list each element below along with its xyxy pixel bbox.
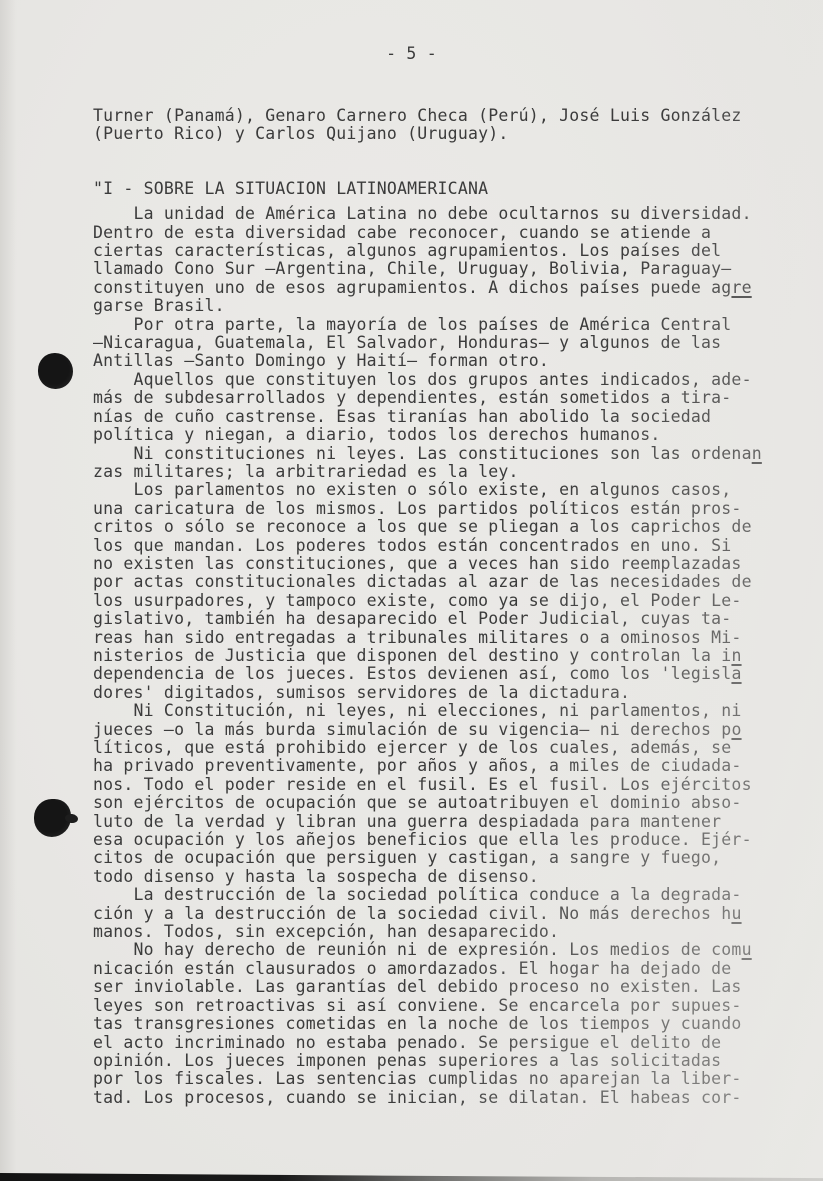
text-line: por los fiscales. Las sentencias cumplid… bbox=[93, 1070, 783, 1088]
scan-edge-shadow bbox=[0, 1168, 823, 1181]
text-line: líticos, que está prohibido ejercer y de… bbox=[93, 739, 783, 757]
page-number: - 5 - bbox=[0, 44, 823, 63]
text-line: nisterios de Justicia que disponen del d… bbox=[93, 647, 783, 665]
text-line: todo disenso y hasta la sospecha de dise… bbox=[93, 868, 783, 886]
text-line: los usurpadores, y tampoco existe, como … bbox=[93, 592, 783, 610]
text-line: el acto incriminado no estaba penado. Se… bbox=[93, 1034, 783, 1052]
text-line: reas han sido entregadas a tribunales mi… bbox=[93, 629, 783, 647]
line-text: manos. Todos, sin excepción, han desapar… bbox=[93, 922, 559, 941]
line-text: critos o sólo se reconoce a los que se p… bbox=[93, 517, 752, 536]
hole-punch-mark-bottom bbox=[34, 799, 71, 837]
line-text: citos de ocupación que persiguen y casti… bbox=[93, 848, 721, 867]
line-text: el acto incriminado no estaba penado. Se… bbox=[93, 1033, 721, 1052]
text-line: manos. Todos, sin excepción, han desapar… bbox=[93, 923, 783, 941]
text-line: nías de cuño castrense. Esas tiranías ha… bbox=[93, 408, 783, 426]
line-text: todo disenso y hasta la sospecha de dise… bbox=[93, 867, 539, 886]
line-text: ción y a la destrucción de la sociedad c… bbox=[93, 904, 731, 923]
intro-paragraph: Turner (Panamá), Genaro Carnero Checa (P… bbox=[93, 107, 783, 144]
text-line: son ejércitos de ocupación que se autoat… bbox=[93, 794, 783, 812]
text-line: llamado Cono Sur —Argentina, Chile, Urug… bbox=[93, 260, 783, 278]
hyphenation-underline: re bbox=[731, 278, 751, 297]
text-line: Turner (Panamá), Genaro Carnero Checa (P… bbox=[93, 107, 783, 125]
line-text: luto de la verdad y libran una guerra de… bbox=[93, 812, 721, 831]
hyphenation-underline: u bbox=[731, 904, 741, 923]
line-text: jueces —o la más burda simulación de su … bbox=[93, 720, 731, 739]
line-text: ser inviolable. Las garantías del debido… bbox=[93, 977, 742, 996]
text-line: opinión. Los jueces imponen penas superi… bbox=[93, 1052, 783, 1070]
line-text: ciertas características, algunos agrupam… bbox=[93, 241, 721, 260]
line-text: por los fiscales. Las sentencias cumplid… bbox=[93, 1069, 742, 1088]
line-text: Por otra parte, la mayoría de los países… bbox=[93, 315, 731, 334]
line-text: —Nicaragua, Guatemala, El Salvador, Hond… bbox=[93, 333, 721, 352]
hyphenation-underline: n bbox=[752, 444, 762, 463]
text-line: tad. Los procesos, cuando se inician, se… bbox=[93, 1089, 783, 1107]
text-line: Los parlamentos no existen o sólo existe… bbox=[93, 481, 783, 499]
text-line: luto de la verdad y libran una guerra de… bbox=[93, 813, 783, 831]
line-text: dependencia de los jueces. Estos deviene… bbox=[93, 664, 731, 683]
line-text: esa ocupación y los añejos beneficios qu… bbox=[93, 830, 752, 849]
line-text: dores' digitados, sumisos servidores de … bbox=[93, 683, 630, 702]
line-text: Turner (Panamá), Genaro Carnero Checa (P… bbox=[93, 106, 742, 125]
text-line: Por otra parte, la mayoría de los países… bbox=[93, 316, 783, 334]
line-text: No hay derecho de reunión ni de expresió… bbox=[93, 940, 742, 959]
line-text: ha privado preventivamente, por años y a… bbox=[93, 756, 742, 775]
text-line: por actas constitucionales dictadas al a… bbox=[93, 573, 783, 591]
text-line: Dentro de esta diversidad cabe reconocer… bbox=[93, 224, 783, 242]
text-line: garse Brasil. bbox=[93, 297, 783, 315]
line-text: no existen las constituciones, que a vec… bbox=[93, 554, 742, 573]
line-text: Ni Constitución, ni leyes, ni elecciones… bbox=[93, 701, 742, 720]
text-line: critos o sólo se reconoce a los que se p… bbox=[93, 518, 783, 536]
document-page: - 5 - Turner (Panamá), Genaro Carnero Ch… bbox=[0, 0, 823, 1181]
hyphenation-underline: u bbox=[742, 940, 752, 959]
hyphenation-underline: n bbox=[731, 646, 741, 665]
text-line: más de subdesarrollados y dependientes, … bbox=[93, 389, 783, 407]
line-text: llamado Cono Sur —Argentina, Chile, Urug… bbox=[93, 259, 731, 278]
text-line: Ni Constitución, ni leyes, ni elecciones… bbox=[93, 702, 783, 720]
text-line: citos de ocupación que persiguen y casti… bbox=[93, 849, 783, 867]
text-line: leyes son retroactivas si así conviene. … bbox=[93, 997, 783, 1015]
line-text: constituyen uno de esos agrupamientos. A… bbox=[93, 278, 731, 297]
line-text: nicación están clausurados o amordazados… bbox=[93, 959, 731, 978]
text-line: Antillas —Santo Domingo y Haití— forman … bbox=[93, 352, 783, 370]
text-line: política y niegan, a diario, todos los d… bbox=[93, 426, 783, 444]
document-content: Turner (Panamá), Genaro Carnero Checa (P… bbox=[93, 107, 783, 1107]
text-line: nos. Todo el poder reside en el fusil. E… bbox=[93, 776, 783, 794]
text-line: jueces —o la más burda simulación de su … bbox=[93, 721, 783, 739]
line-text: los que mandan. Los poderes todos están … bbox=[93, 536, 731, 555]
line-text: nías de cuño castrense. Esas tiranías ha… bbox=[93, 407, 711, 426]
text-line: Ni constituciones ni leyes. Las constitu… bbox=[93, 445, 783, 463]
line-text: (Puerto Rico) y Carlos Quijano (Uruguay)… bbox=[93, 124, 509, 143]
line-text: zas militares; la arbitrariedad es la le… bbox=[93, 462, 519, 481]
line-text: reas han sido entregadas a tribunales mi… bbox=[93, 628, 742, 647]
text-line: dores' digitados, sumisos servidores de … bbox=[93, 684, 783, 702]
text-line: constituyen uno de esos agrupamientos. A… bbox=[93, 279, 783, 297]
line-text: son ejércitos de ocupación que se autoat… bbox=[93, 793, 742, 812]
line-text: nisterios de Justicia que disponen del d… bbox=[93, 646, 731, 665]
text-line: —Nicaragua, Guatemala, El Salvador, Hond… bbox=[93, 334, 783, 352]
body-text: La unidad de América Latina no debe ocul… bbox=[93, 205, 783, 1107]
text-line: ción y a la destrucción de la sociedad c… bbox=[93, 905, 783, 923]
text-line: una caricatura de los mismos. Los partid… bbox=[93, 500, 783, 518]
text-line: La destrucción de la sociedad política c… bbox=[93, 886, 783, 904]
line-text: tad. Los procesos, cuando se inician, se… bbox=[93, 1088, 742, 1107]
text-line: (Puerto Rico) y Carlos Quijano (Uruguay)… bbox=[93, 125, 783, 143]
line-text: Aquellos que constituyen los dos grupos … bbox=[93, 370, 752, 389]
line-text: leyes son retroactivas si así conviene. … bbox=[93, 996, 742, 1015]
text-line: dependencia de los jueces. Estos deviene… bbox=[93, 665, 783, 683]
hyphenation-underline: a bbox=[731, 664, 741, 683]
line-text: Antillas —Santo Domingo y Haití— forman … bbox=[93, 351, 549, 370]
line-text: garse Brasil. bbox=[93, 296, 225, 315]
text-line: ciertas características, algunos agrupam… bbox=[93, 242, 783, 260]
line-text: por actas constitucionales dictadas al a… bbox=[93, 572, 752, 591]
line-text: gislativo, también ha desaparecido el Po… bbox=[93, 609, 731, 628]
hole-punch-mark-top bbox=[38, 353, 73, 389]
text-line: Aquellos que constituyen los dos grupos … bbox=[93, 371, 783, 389]
section-heading: "I - SOBRE LA SITUACION LATINOAMERICANA bbox=[93, 180, 783, 198]
line-text: Ni constituciones ni leyes. Las constitu… bbox=[93, 444, 752, 463]
line-text: opinión. Los jueces imponen penas superi… bbox=[93, 1051, 721, 1070]
text-line: zas militares; la arbitrariedad es la le… bbox=[93, 463, 783, 481]
line-text: líticos, que está prohibido ejercer y de… bbox=[93, 738, 731, 757]
line-text: nos. Todo el poder reside en el fusil. E… bbox=[93, 775, 752, 794]
line-text: una caricatura de los mismos. Los partid… bbox=[93, 499, 742, 518]
line-text: La unidad de América Latina no debe ocul… bbox=[93, 204, 752, 223]
text-line: ser inviolable. Las garantías del debido… bbox=[93, 978, 783, 996]
text-line: ha privado preventivamente, por años y a… bbox=[93, 757, 783, 775]
text-line: No hay derecho de reunión ni de expresió… bbox=[93, 941, 783, 959]
line-text: Los parlamentos no existen o sólo existe… bbox=[93, 480, 731, 499]
line-text: tas transgresiones cometidas en la noche… bbox=[93, 1014, 742, 1033]
line-text: política y niegan, a diario, todos los d… bbox=[93, 425, 661, 444]
hyphenation-underline: o bbox=[731, 720, 741, 739]
text-line: gislativo, también ha desaparecido el Po… bbox=[93, 610, 783, 628]
line-text: La destrucción de la sociedad política c… bbox=[93, 885, 742, 904]
line-text: más de subdesarrollados y dependientes, … bbox=[93, 388, 731, 407]
text-line: nicación están clausurados o amordazados… bbox=[93, 960, 783, 978]
text-line: los que mandan. Los poderes todos están … bbox=[93, 537, 783, 555]
text-line: no existen las constituciones, que a vec… bbox=[93, 555, 783, 573]
text-line: La unidad de América Latina no debe ocul… bbox=[93, 205, 783, 223]
line-text: Dentro de esta diversidad cabe reconocer… bbox=[93, 223, 711, 242]
text-line: esa ocupación y los añejos beneficios qu… bbox=[93, 831, 783, 849]
line-text: los usurpadores, y tampoco existe, como … bbox=[93, 591, 742, 610]
text-line: tas transgresiones cometidas en la noche… bbox=[93, 1015, 783, 1033]
